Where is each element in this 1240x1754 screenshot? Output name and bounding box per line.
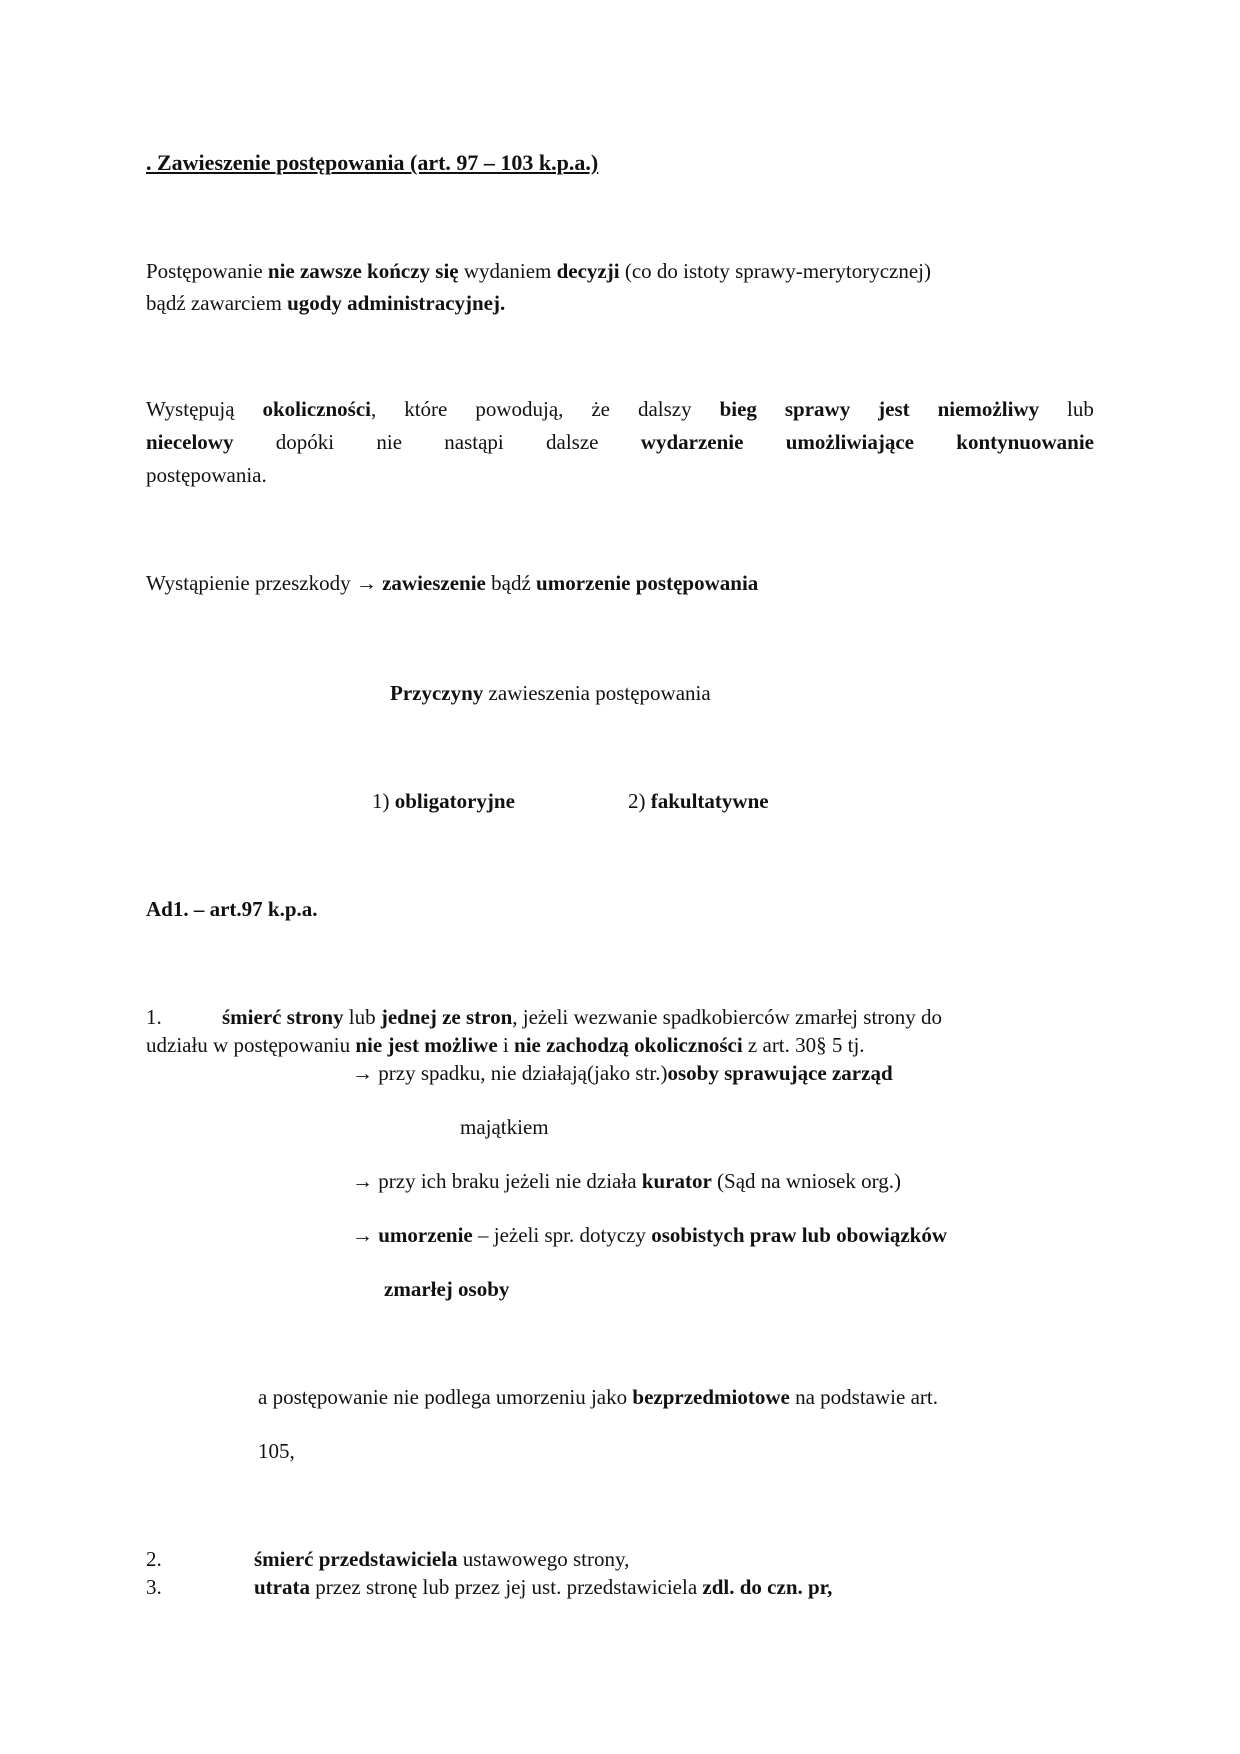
text-run: → przy ich braku jeżeli nie działa — [352, 1169, 642, 1193]
text-run: na podstawie art. — [790, 1385, 938, 1409]
paragraph-2-line-1: Występująokoliczności,którepowodują,żeda… — [146, 396, 1094, 422]
text-run: bądź zawarciem — [146, 291, 287, 315]
text-run: Wystąpienie przeszkody — [146, 571, 356, 595]
word: niecelowy — [146, 429, 233, 455]
word: wydarzenie — [641, 429, 744, 455]
word: okoliczności, — [263, 396, 377, 422]
item-3-text: utrata przez stronę lub przez jej ust. p… — [254, 1575, 832, 1599]
item-1-line-1: 1.śmierć strony lub jednej ze stron, jeż… — [146, 1004, 942, 1030]
paragraph-1-line-1: Postępowanie nie zawsze kończy się wydan… — [146, 258, 931, 284]
word: lub — [1067, 396, 1094, 422]
word: sprawy — [785, 396, 850, 422]
bold-text-run: nie jest możliwe — [355, 1033, 497, 1057]
item-1-sub-3-cont: zmarłej osoby — [384, 1276, 509, 1302]
text-run: , jeżeli wezwanie spadkobierców zmarłej … — [512, 1005, 942, 1029]
bold-text-run: bezprzedmiotowe — [632, 1385, 789, 1409]
bold-text-run: osobistych praw lub obowiązków — [651, 1223, 947, 1247]
bold-text-run: kurator — [642, 1169, 712, 1193]
bold-text-run: nie zawsze kończy się — [268, 259, 459, 283]
cause-facultative: 2) fakultatywne — [628, 788, 769, 814]
word: niemożliwy — [938, 396, 1039, 422]
paragraph-1-line-2: bądź zawarciem ugody administracyjnej. — [146, 290, 505, 316]
word: że — [591, 396, 610, 422]
word: bieg — [720, 396, 757, 422]
text-run: i — [498, 1033, 514, 1057]
item-1-note-cont: 105, — [258, 1438, 295, 1464]
paragraph-3: Wystąpienie przeszkody → zawieszenie bąd… — [146, 570, 758, 596]
text-run: ustawowego strony, — [458, 1547, 630, 1571]
text-run: udziału w postępowaniu — [146, 1033, 355, 1057]
word: które — [404, 396, 447, 422]
paragraph-2-line-3: postępowania. — [146, 462, 267, 488]
text-run: – jeżeli spr. dotyczy — [473, 1223, 651, 1247]
text-run: Postępowanie — [146, 259, 268, 283]
word: umożliwiające — [786, 429, 914, 455]
cause-2-label: fakultatywne — [651, 789, 769, 813]
text-run: zawieszenia postępowania — [483, 681, 710, 705]
text-run: bądź — [486, 571, 536, 595]
text-run: (Sąd na wniosek org.) — [712, 1169, 901, 1193]
text-run: lub — [344, 1005, 381, 1029]
bold-text-run: śmierć przedstawiciela — [254, 1547, 458, 1571]
text-run: przez stronę lub przez jej ust. przedsta… — [310, 1575, 702, 1599]
item-3-number: 3. — [146, 1574, 254, 1600]
word: dalszy — [638, 396, 692, 422]
bold-text-run: decyzji — [557, 259, 620, 283]
item-2: 2.śmierć przedstawiciela ustawowego stro… — [146, 1546, 629, 1572]
bold-text-run: Przyczyny — [390, 681, 483, 705]
item-1-sub-1: → przy spadku, nie działają(jako str.)os… — [352, 1060, 893, 1086]
bold-text-run: umorzenie — [378, 1223, 472, 1247]
item-3: 3.utrata przez stronę lub przez jej ust.… — [146, 1574, 832, 1600]
item-1-note: a postępowanie nie podlega umorzeniu jak… — [258, 1384, 938, 1410]
word: nastąpi — [444, 429, 503, 455]
cause-1-number: 1) — [372, 789, 390, 813]
cause-2-number: 2) — [628, 789, 646, 813]
document-title: . Zawieszenie postępowania (art. 97 – 10… — [146, 150, 598, 176]
bold-text-run: jednej ze stron — [381, 1005, 512, 1029]
bold-text-run: utrata — [254, 1575, 310, 1599]
text-run: wydaniem — [459, 259, 557, 283]
item-1-sub-2: → przy ich braku jeżeli nie działa kurat… — [352, 1168, 901, 1194]
bold-text-run: ugody administracyjnej. — [287, 291, 505, 315]
word: dopóki — [276, 429, 334, 455]
word: kontynuowanie — [956, 429, 1094, 455]
text-run: z art. 30§ 5 tj. — [743, 1033, 865, 1057]
item-2-number: 2. — [146, 1546, 254, 1572]
word: jest — [878, 396, 909, 422]
text-run: → — [352, 1223, 378, 1247]
word: Występują — [146, 396, 235, 422]
bold-text-run: umorzenie postępowania — [536, 571, 758, 595]
bold-text-run: śmierć strony — [222, 1005, 344, 1029]
text-run: a postępowanie nie podlega umorzeniu jak… — [258, 1385, 632, 1409]
cause-obligatory: 1) obligatoryjne — [372, 788, 515, 814]
ad1-heading: Ad1. – art.97 k.p.a. — [146, 896, 318, 922]
bold-text-run: → zawieszenie — [356, 571, 486, 595]
item-2-text: śmierć przedstawiciela ustawowego strony… — [254, 1547, 629, 1571]
word: powodują, — [475, 396, 563, 422]
bold-text-run: zdl. do czn. pr, — [702, 1575, 832, 1599]
item-1-number: 1. — [146, 1004, 222, 1030]
item-1-sub-1-cont: majątkiem — [460, 1114, 549, 1140]
word: nie — [376, 429, 402, 455]
item-1-sub-3: → umorzenie – jeżeli spr. dotyczy osobis… — [352, 1222, 947, 1248]
bold-text-run: osoby sprawujące zarząd — [667, 1061, 892, 1085]
item-1-line-2: udziału w postępowaniu nie jest możliwe … — [146, 1032, 865, 1058]
cause-1-label: obligatoryjne — [395, 789, 515, 813]
text-run: (co do istoty sprawy-merytorycznej) — [620, 259, 931, 283]
word: dalsze — [546, 429, 598, 455]
paragraph-2-line-2: niecelowydopókinienastąpidalszewydarzeni… — [146, 429, 1094, 455]
causes-heading: Przyczyny zawieszenia postępowania — [390, 680, 711, 706]
bold-text-run: nie zachodzą okoliczności — [514, 1033, 743, 1057]
item-1-text: śmierć strony lub jednej ze stron, jeżel… — [222, 1005, 942, 1029]
text-run: → przy spadku, nie działają(jako str.) — [352, 1061, 667, 1085]
